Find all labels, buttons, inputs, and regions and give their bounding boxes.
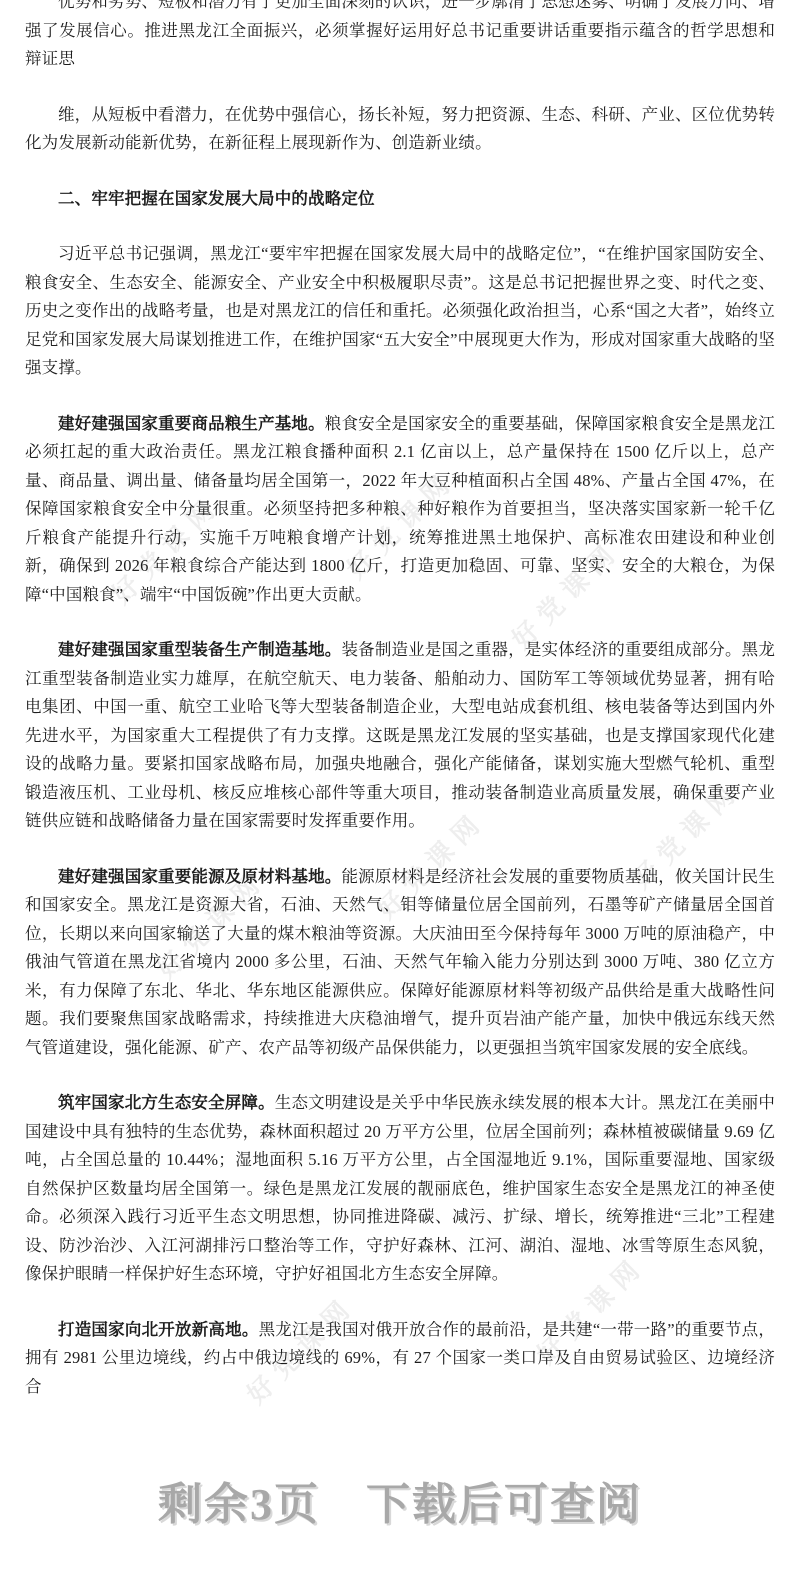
document-preview: 优势和劣势、短板和潜力有了更加全面深刻的认识，进一步廓清了思想迷雾、明确了发展方… [25,0,775,1428]
paragraph-text: 装备制造业是国之重器，是实体经济的重要组成部分。黑龙江重型装备制造业实力雄厚，在… [25,640,775,830]
remaining-pages-count: 剩余3页 [158,1480,320,1529]
paragraph: 打造国家向北开放新高地。黑龙江是我国对俄开放合作的最前沿，是共建“一带一路”的重… [25,1316,775,1402]
paragraph-text: 生态文明建设是关乎中华民族永续发展的根本大计。黑龙江在美丽中国建设中具有独特的生… [25,1093,775,1283]
paragraph-text: 粮食安全是国家安全的重要基础，保障国家粮食安全是黑龙江必须扛起的重大政治责任。黑… [25,414,775,604]
paragraph-lead: 建好建强国家重型装备生产制造基地。 [58,640,341,659]
paragraph-lead: 建好建强国家重要能源及原材料基地。 [58,867,341,886]
paragraph: 建好建强国家重型装备生产制造基地。装备制造业是国之重器，是实体经济的重要组成部分… [25,636,775,836]
paragraph: 建好建强国家重要能源及原材料基地。能源原材料是经济社会发展的重要物质基础，攸关国… [25,863,775,1063]
paragraph: 习近平总书记强调，黑龙江“要牢牢把握在国家发展大局中的战略定位”，“在维护国家国… [25,240,775,383]
paragraph-fragment-continuation: 维，从短板中看潜力，在优势中强信心，扬长补短，努力把资源、生态、科研、产业、区位… [25,101,775,158]
remaining-pages-banner: 剩余3页下载后可查阅 [0,1468,800,1532]
paragraph: 筑牢国家北方生态安全屏障。生态文明建设是关乎中华民族永续发展的根本大计。黑龙江在… [25,1089,775,1289]
paragraph-lead: 建好建强国家重要商品粮生产基地。 [58,414,325,433]
paragraph-lead: 筑牢国家北方生态安全屏障。 [58,1093,275,1112]
paragraph-text: 习近平总书记强调，黑龙江“要牢牢把握在国家发展大局中的战略定位”，“在维护国家国… [25,244,775,377]
paragraph-text: 能源原材料是经济社会发展的重要物质基础，攸关国计民生和国家安全。黑龙江是资源大省… [25,867,775,1057]
paragraph-lead: 打造国家向北开放新高地。 [58,1320,259,1339]
download-hint: 下载后可查阅 [366,1480,642,1529]
section-heading: 二、牢牢把握在国家发展大局中的战略定位 [25,185,775,214]
paragraph: 建好建强国家重要商品粮生产基地。粮食安全是国家安全的重要基础，保障国家粮食安全是… [25,410,775,610]
paragraph-fragment-previous-page: 优势和劣势、短板和潜力有了更加全面深刻的认识，进一步廓清了思想迷雾、明确了发展方… [25,0,775,74]
